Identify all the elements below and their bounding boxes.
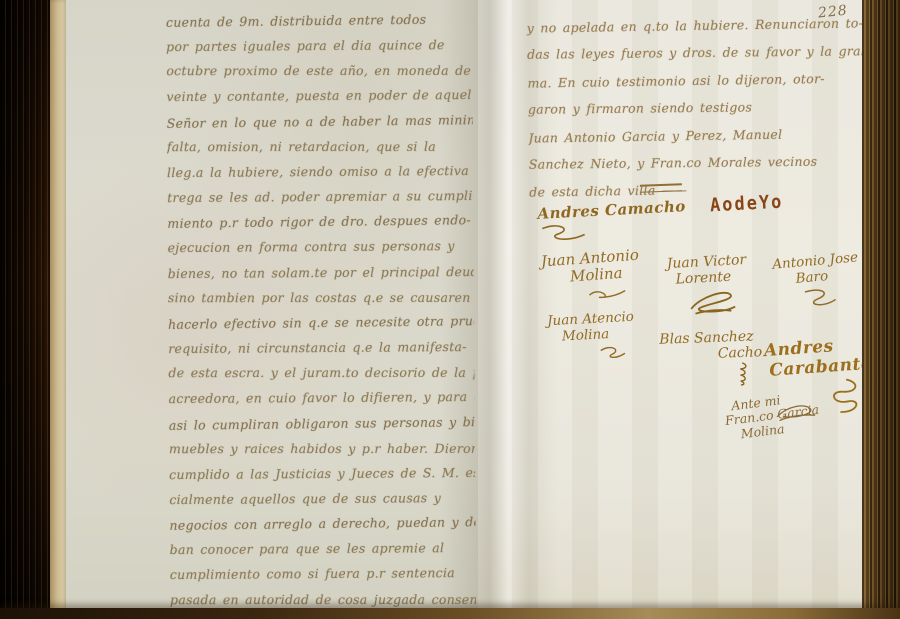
manuscript-scan: 228 cuenta de 9m. distribuida entre todo… <box>0 0 900 619</box>
manuscript-line: cumplido a las Justicias y Jueces de S. … <box>169 460 475 487</box>
manuscript-line: das las leyes fueros y dros. de su favor… <box>527 38 863 69</box>
signature-name: Molina <box>569 264 640 286</box>
manuscript-line: de esta escra. y el juram.to decisorio d… <box>168 360 474 385</box>
rubric-flourish-icon <box>538 221 587 245</box>
rubric-flourish-icon <box>800 283 838 310</box>
rubric-flourish-icon <box>816 374 869 417</box>
right-page-text: y no apelada en q.to la hubiere. Renunci… <box>526 9 865 214</box>
manuscript-line: trega se les ad. poder apremiar a su cum… <box>167 183 473 210</box>
manuscript-line: hacerlo efectivo sin q.e se necesite otr… <box>168 308 474 337</box>
signature-name: Baro <box>795 266 860 287</box>
signature-andres-camacho: Andres Camacho <box>537 198 687 245</box>
manuscript-line: Sanchez Nieto, y Fran.co Morales vecinos <box>529 147 865 178</box>
signature-juan-atencio-molina: Juan Atencio Molina <box>547 310 636 364</box>
signature-juan-victor-lorente: Juan Victor Lorente <box>666 252 749 318</box>
manuscript-line: ban conocer para que se les apremie al <box>170 535 476 562</box>
manuscript-line: cuenta de 9m. distribuida entre todos <box>166 7 472 35</box>
manuscript-line: de esta dicha villa —— <box>529 174 865 207</box>
manuscript-line: ejecucion en forma contra sus personas y <box>167 233 473 260</box>
rubric-flourish-icon <box>598 341 627 360</box>
manuscript-line: acreedora, en cuio favor lo difieren, y … <box>169 384 475 411</box>
signature-name: Cacho <box>718 344 763 362</box>
rubric-flourish-icon <box>587 282 628 301</box>
manuscript-line: miento p.r todo rigor de dro. despues en… <box>167 207 473 236</box>
manuscript-line: Juan Antonio Garcia y Perez, Manuel <box>528 119 864 152</box>
manuscript-line: por partes iguales para el dia quince de <box>166 32 472 59</box>
upside-down-inscription: AodeYo <box>709 191 783 217</box>
manuscript-line: veinte y contante, puesta en poder de aq… <box>166 82 472 109</box>
signature-antonio-jose-baro: Antonio Jose Baro <box>772 250 862 312</box>
manuscript-line: lleg.a la hubiere, siendo omiso a la efe… <box>167 158 473 185</box>
book-bottom-edge <box>0 608 900 619</box>
manuscript-line: falta, omision, ni retardacion, que si l… <box>167 134 473 159</box>
rubric-flourish-icon <box>732 361 753 388</box>
manuscript-line: Señor en lo que no a de haber la mas min… <box>167 107 473 136</box>
left-page-text: cuenta de 9m. distribuida entre todos po… <box>166 7 476 617</box>
rubric-flourish-icon <box>686 285 739 318</box>
manuscript-line: octubre proximo de este año, en moneda d… <box>166 58 472 83</box>
manuscript-line: sino tambien por las costas q.e se causa… <box>168 285 474 310</box>
manuscript-line: muebles y raices habidos y p.r haber. Di… <box>169 436 475 461</box>
manuscript-line: negocios con arreglo a derecho, puedan y… <box>169 509 475 538</box>
signature-juan-antonio-molina: Juan Antonio Molina <box>540 247 641 304</box>
manuscript-line: cialmente aquellos que de sus causas y <box>169 485 475 512</box>
manuscript-line: cumplimiento como si fuera p.r sentencia <box>170 560 476 587</box>
manuscript-line: bienes, no tan solam.te por el principal… <box>168 258 474 285</box>
book-board-edge <box>0 0 50 619</box>
line-filler-mark <box>640 183 682 192</box>
manuscript-line: requisito, ni circunstancia q.e la manif… <box>168 334 474 361</box>
page-stack-edge <box>862 0 900 619</box>
signature-blas-sanchez-cacho: Blas Sanchez Cacho <box>659 328 763 390</box>
manuscript-line: asi lo cumpliran obligaron sus personas … <box>169 409 475 438</box>
manuscript-line: garon y firmaron siendo testigos <box>528 92 864 123</box>
